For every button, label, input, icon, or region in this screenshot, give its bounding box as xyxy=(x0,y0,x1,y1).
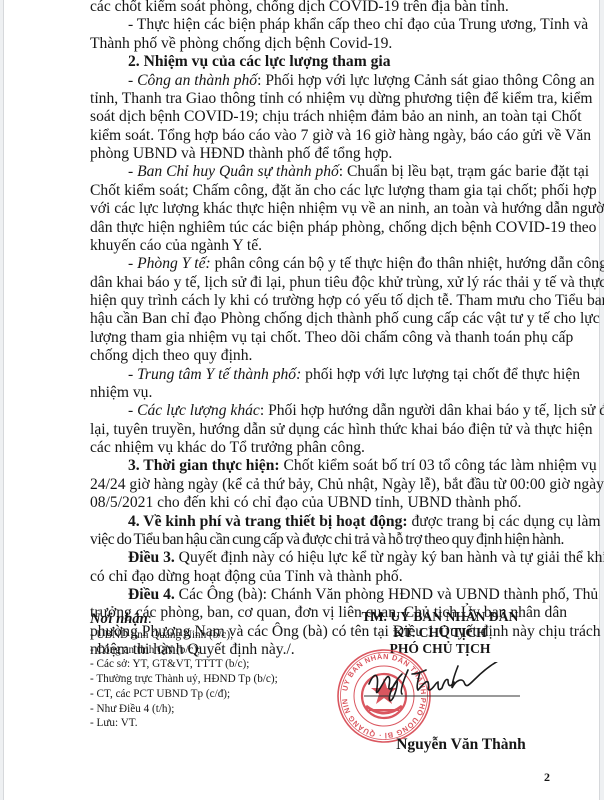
document-body: các chốt kiểm soát phòng, chống dịch COV… xyxy=(90,0,553,660)
text-segment: 24/24 giờ hàng ngày (kể cả thứ bảy, Chủ … xyxy=(90,476,604,493)
document-line: 24/24 giờ hàng ngày (kể cả thứ bảy, Chủ … xyxy=(90,476,553,494)
bold-text: 3. Thời gian thực hiện: xyxy=(128,457,280,474)
text-segment: hậu cần Ban chỉ đạo Phòng chống dịch thà… xyxy=(90,310,600,327)
bold-text: 2. Nhiệm vụ của các lực lượng tham gia xyxy=(128,53,391,70)
document-line: soát dịch bệnh COVID-19; chịu trách nhiệ… xyxy=(90,108,553,126)
document-line: có chỉ đạo dừng hoạt động của Tỉnh và th… xyxy=(90,568,553,586)
bold-text: 4. Về kinh phí và trang thiết bị hoạt độ… xyxy=(128,513,408,530)
text-segment: Quyết định này có hiệu lực kể từ ngày ký… xyxy=(175,549,604,566)
text-segment: nhiệm vụ. xyxy=(90,384,152,401)
text-segment: được trang bị các dụng cụ làm xyxy=(408,513,601,530)
italic-text: - Các lực lượng khác xyxy=(128,402,260,419)
recipient-item: - Các sở: YT, GT&VT, TTTT (b/c); xyxy=(90,657,278,672)
bold-text: Điều 4. xyxy=(128,586,175,603)
text-segment: chống dịch theo quy định. xyxy=(90,347,252,364)
document-line: - Trung tâm Y tế thành phố: phối hợp với… xyxy=(90,366,553,384)
recipients-list: Nơi nhận: - UBND tỉnh Quảng Ninh (b/c); … xyxy=(90,610,278,731)
text-segment: phối hợp với lực lượng tại chốt để thực … xyxy=(301,366,580,383)
text-segment: soát dịch bệnh COVID-19; chịu trách nhiệ… xyxy=(90,108,582,125)
document-line: hậu cần Ban chỉ đạo Phòng chống dịch thà… xyxy=(90,310,553,328)
text-segment: : Phối hợp hướng dẫn người dân khai báo … xyxy=(260,402,604,419)
text-segment: tỉnh, Thanh tra Giao thông tỉnh có nhiệm… xyxy=(90,90,593,107)
text-segment: hiện quy trình cách ly khi có trường hợp… xyxy=(90,292,604,309)
text-segment: Chốt kiểm soát bố trí 03 tổ công tác làm… xyxy=(280,457,597,474)
document-line: 08/5/2021 cho đến khi có chỉ đạo của UBN… xyxy=(90,494,553,512)
text-segment: các chốt kiểm soát phòng, chống dịch COV… xyxy=(90,0,509,15)
recipient-item: - Công an tỉnh QN (b/c); xyxy=(90,643,278,658)
document-line: - Công an thành phố: Phối hợp với lực lư… xyxy=(90,72,553,90)
text-segment: - Thực hiện các biện pháp khẩn cấp theo … xyxy=(128,16,588,33)
signature-title-2: KT. CHỦ TỊCH xyxy=(355,625,525,641)
document-line: lại, tuyên truyền, hướng dẫn sử dụng các… xyxy=(90,421,553,439)
text-segment: dân thực hiện nghiêm túc các biện pháp p… xyxy=(90,219,596,236)
text-segment: kiểm soát. Tổng hợp báo cáo vào 7 giờ và… xyxy=(90,127,591,144)
document-line: nhiệm vụ. xyxy=(90,384,553,402)
text-segment: việc do Tiểu ban hậu cần cung cấp và đượ… xyxy=(90,531,564,548)
recipient-item: - Thường trực Thành uỷ, HĐND Tp (b/c); xyxy=(90,672,278,687)
italic-text: - Công an thành phố xyxy=(128,72,257,89)
recipient-item: - UBND tỉnh Quảng Ninh (b/c); xyxy=(90,628,278,643)
text-segment: với các lực lượng khác thực hiện nhiệm v… xyxy=(90,200,604,217)
text-segment: 08/5/2021 cho đến khi có chỉ đạo của UBN… xyxy=(90,494,521,511)
recipients-title: Nơi nhận: xyxy=(90,610,278,628)
document-line: việc do Tiểu ban hậu cần cung cấp và đượ… xyxy=(90,531,553,549)
text-segment: Các Ông (bà): Chánh Văn phòng HĐND và UB… xyxy=(175,586,598,603)
document-line: khuyến cáo của ngành Y tế. xyxy=(90,237,553,255)
document-line: dân thực hiện nghiêm túc các biện pháp p… xyxy=(90,219,553,237)
document-line: hiện quy trình cách ly khi có trường hợp… xyxy=(90,292,553,310)
italic-text: - Trung tâm Y tế thành phố: xyxy=(128,366,301,383)
text-segment: phòng UBND và HĐND thành phố để tổng hợp… xyxy=(90,145,392,162)
document-line: Chốt kiểm soát; Chấm công, đặt ăn cho cá… xyxy=(90,182,553,200)
italic-text: - Phòng Y tế: xyxy=(128,255,211,272)
recipient-item: - Như Điều 4 (t/h); xyxy=(90,702,278,717)
document-line: Thành phố về phòng chống dịch bệnh Covid… xyxy=(90,35,553,53)
text-segment: : Phối hợp với lực lượng Cảnh sát giao t… xyxy=(257,72,594,89)
text-segment: dân khai báo y tế, lịch sử đi lại, phun … xyxy=(90,274,604,291)
recipient-item: - CT, các PCT UBND Tp (c/đ); xyxy=(90,687,278,702)
page-number: 2 xyxy=(544,770,550,785)
document-line: các chốt kiểm soát phòng, chống dịch COV… xyxy=(90,0,553,16)
document-line: - Thực hiện các biện pháp khẩn cấp theo … xyxy=(90,16,553,34)
text-segment: Chốt kiểm soát; Chấm công, đặt ăn cho cá… xyxy=(90,182,597,199)
document-line: - Phòng Y tế: phân công cán bộ y tế thực… xyxy=(90,255,553,273)
text-segment: có chỉ đạo dừng hoạt động của Tỉnh và th… xyxy=(90,568,403,585)
text-segment: Thành phố về phòng chống dịch bệnh Covid… xyxy=(90,35,392,52)
document-line: - Các lực lượng khác: Phối hợp hướng dẫn… xyxy=(90,402,553,420)
recipient-item: - Lưu: VT. xyxy=(90,716,278,731)
recipients-title-colon: : xyxy=(148,611,152,627)
bold-text: Điều 3. xyxy=(128,549,175,566)
document-line: dân khai báo y tế, lịch sử đi lại, phun … xyxy=(90,274,553,292)
document-line: tỉnh, Thanh tra Giao thông tỉnh có nhiệm… xyxy=(90,90,553,108)
document-page: các chốt kiểm soát phòng, chống dịch COV… xyxy=(3,0,600,800)
recipients-title-text: Nơi nhận xyxy=(90,611,148,627)
document-line: lượng tham gia nhiệm vụ tại chốt. Theo d… xyxy=(90,329,553,347)
document-line: chống dịch theo quy định. xyxy=(90,347,553,365)
signer-name: Nguyễn Văn Thành xyxy=(366,736,556,754)
document-line: - Ban Chỉ huy Quân sự thành phố: Chuẩn b… xyxy=(90,163,553,181)
text-segment: các nhiệm vụ khác do Tổ trưởng phân công… xyxy=(90,439,365,456)
document-line: phòng UBND và HĐND thành phố để tổng hợp… xyxy=(90,145,553,163)
handwritten-signature xyxy=(364,662,524,702)
document-line: các nhiệm vụ khác do Tổ trưởng phân công… xyxy=(90,439,553,457)
text-segment: lượng tham gia nhiệm vụ tại chốt. Theo d… xyxy=(90,329,573,346)
document-line: 2. Nhiệm vụ của các lực lượng tham gia xyxy=(90,53,553,71)
document-line: với các lực lượng khác thực hiện nhiệm v… xyxy=(90,200,553,218)
document-line: Điều 4. Các Ông (bà): Chánh Văn phòng HĐ… xyxy=(90,586,553,604)
text-segment: khuyến cáo của ngành Y tế. xyxy=(90,237,262,254)
document-line: 4. Về kinh phí và trang thiết bị hoạt độ… xyxy=(90,513,553,531)
signature-title-1: TM. UỶ BAN NHÂN DÂN xyxy=(355,609,525,625)
document-line: 3. Thời gian thực hiện: Chốt kiểm soát b… xyxy=(90,457,553,475)
text-segment: : Chuẩn bị lều bạt, trạm gác barie đặt t… xyxy=(339,163,589,180)
text-segment: lại, tuyên truyền, hướng dẫn sử dụng các… xyxy=(90,421,593,438)
italic-text: - Ban Chỉ huy Quân sự thành phố xyxy=(128,163,339,180)
text-segment: phân công cán bộ y tế thực hiện đo thân … xyxy=(211,255,604,272)
document-line: kiểm soát. Tổng hợp báo cáo vào 7 giờ và… xyxy=(90,127,553,145)
document-line: Điều 3. Quyết định này có hiệu lực kể từ… xyxy=(90,549,553,567)
